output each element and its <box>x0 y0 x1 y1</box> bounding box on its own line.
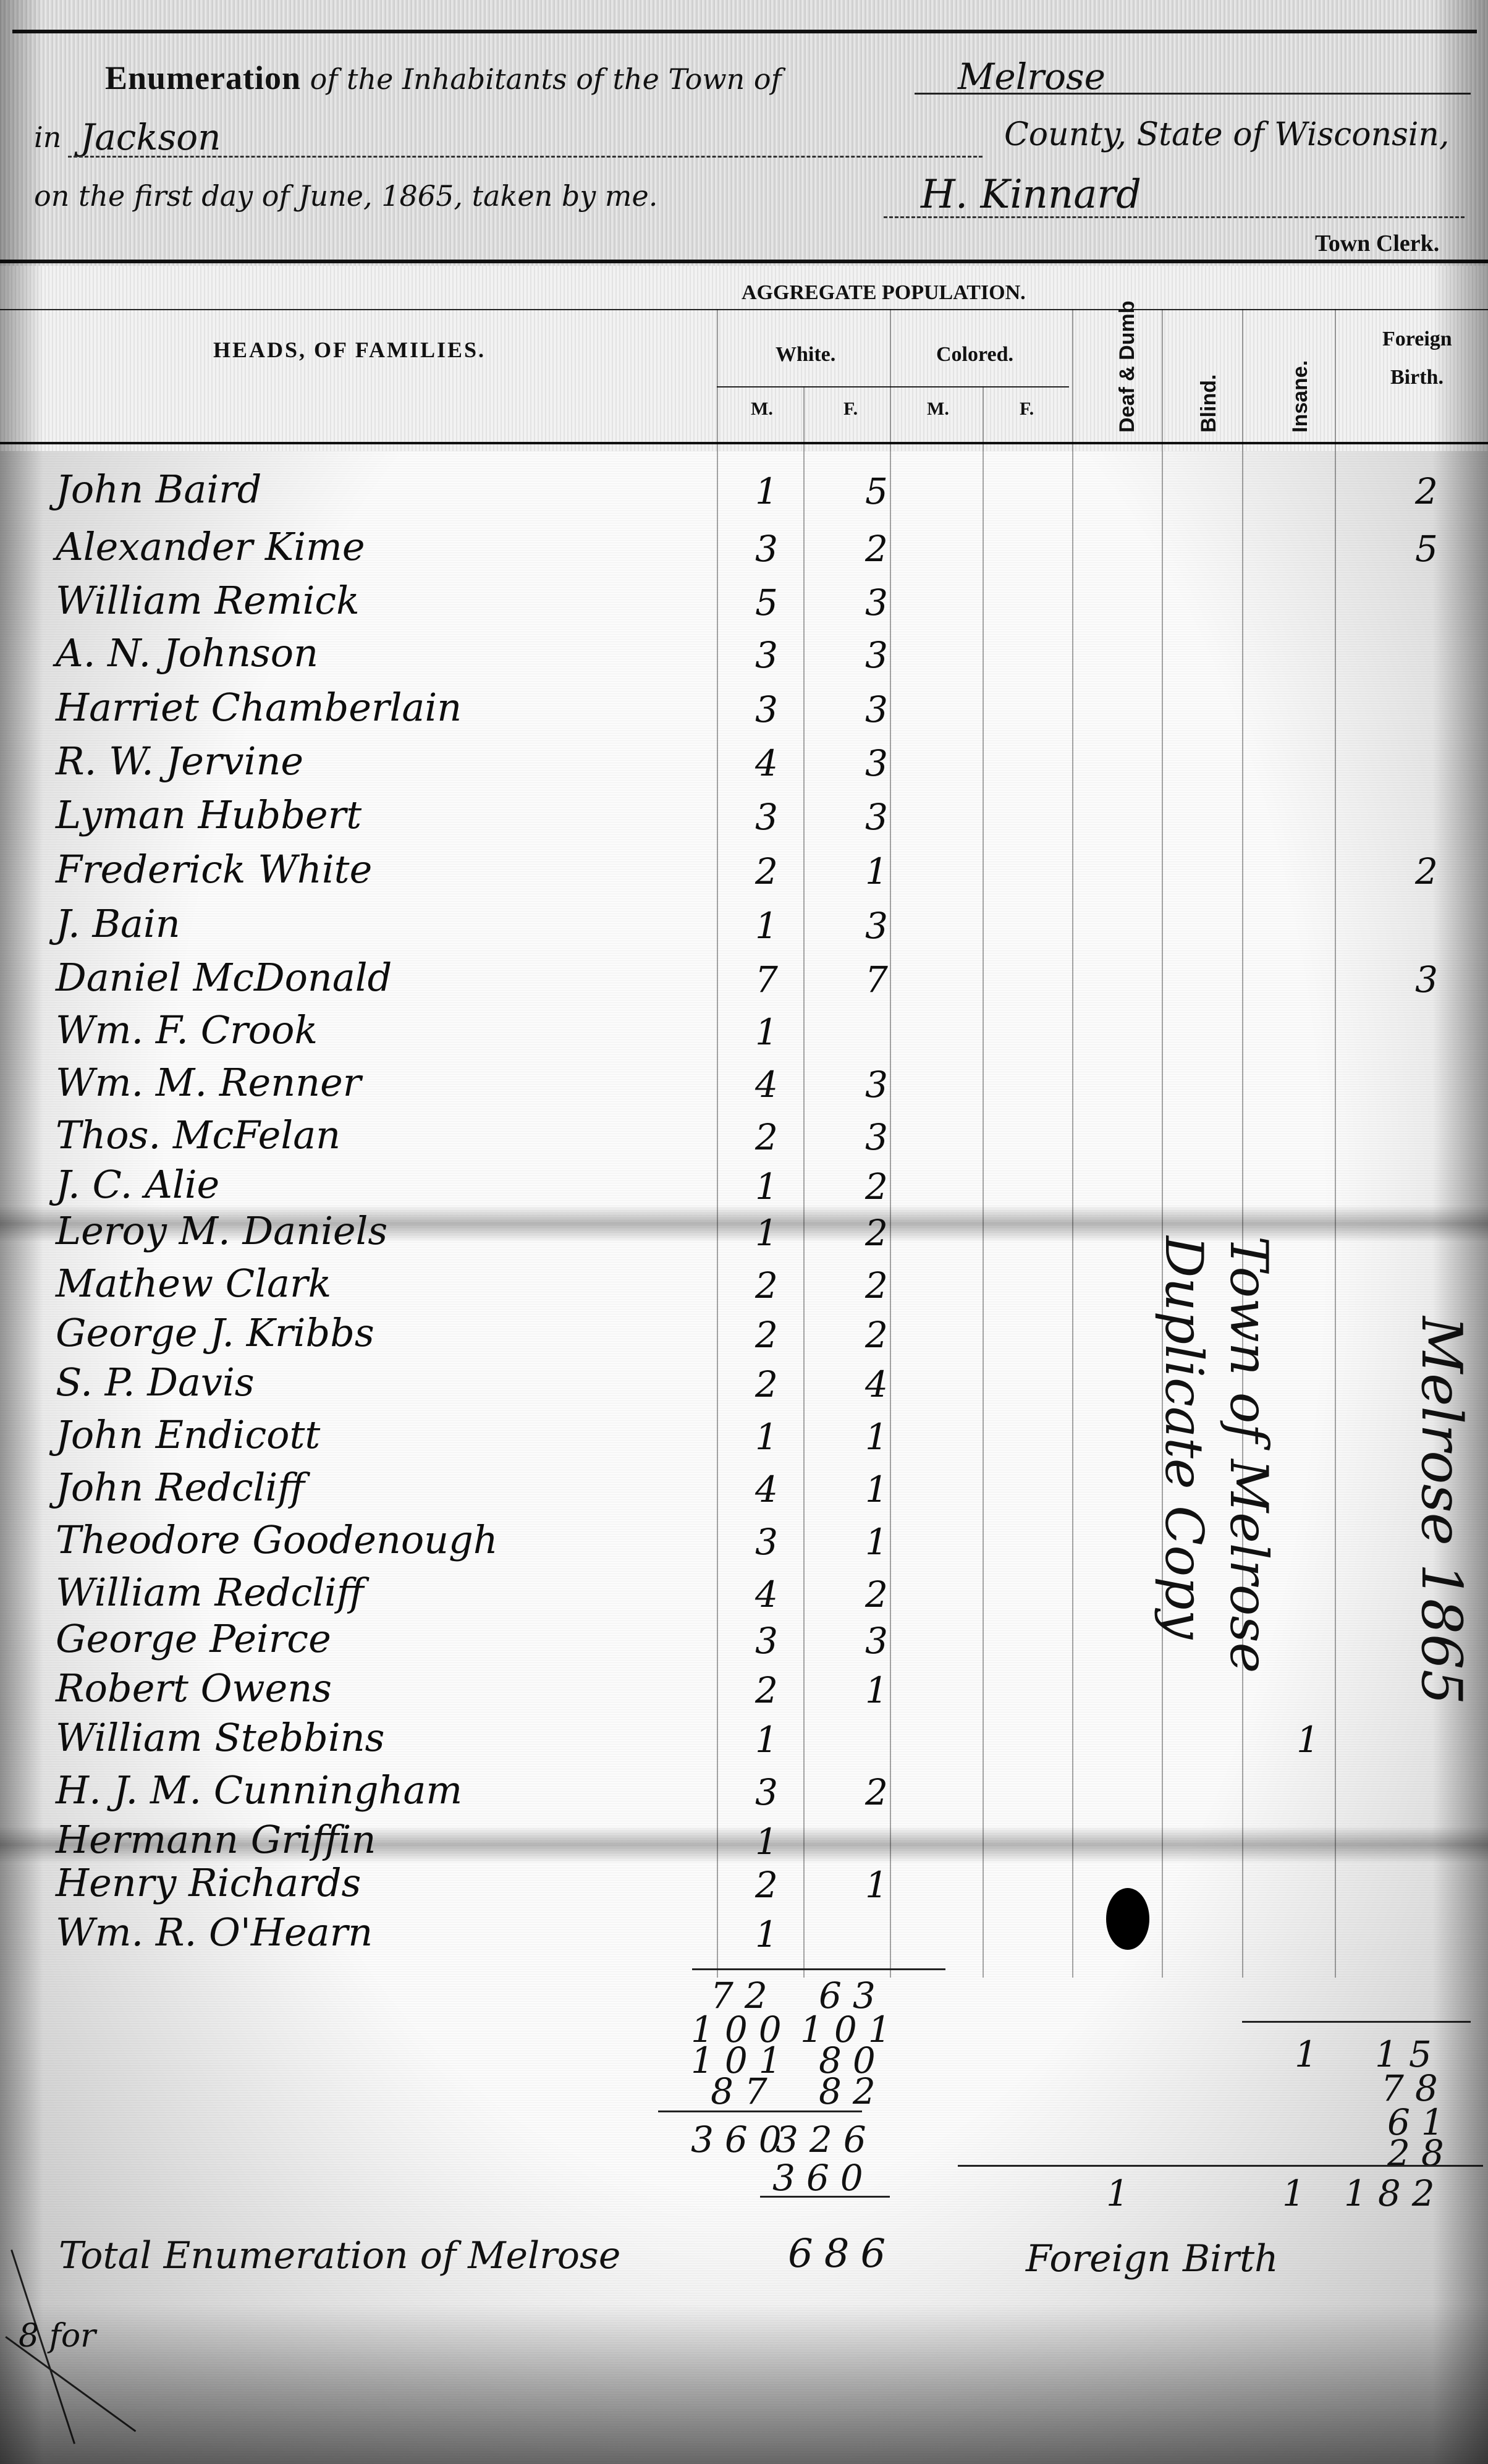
subtotal-m: 87 <box>711 2070 779 2112</box>
table-row: John Baird152 <box>0 467 1488 516</box>
head-of-family: George Peirce <box>56 1616 331 1661</box>
head-of-family: Thos. McFelan <box>56 1112 340 1158</box>
subtotal-f: 82 <box>819 2070 887 2112</box>
date-line: on the first day of June, 1865, taken by… <box>34 179 657 213</box>
white-female-count: 1 <box>865 1864 888 1906</box>
white-male-count: 2 <box>755 1116 778 1158</box>
white-female-count: 2 <box>865 1314 888 1356</box>
white-female-count: 3 <box>865 582 888 624</box>
tally-rule <box>760 2196 890 2198</box>
table-row: William Remick53 <box>0 578 1488 627</box>
white-male-count: 2 <box>755 1314 778 1356</box>
white-female-count: 3 <box>865 634 888 676</box>
deaf-dumb-heading: Deaf & Dumb <box>1115 301 1139 433</box>
colored-m-heading: M. <box>927 399 949 420</box>
head-of-family: Daniel McDonald <box>56 955 392 1000</box>
county-suffix: County, State of Wisconsin, <box>1004 116 1449 153</box>
table-row: Wm. F. Crook1 <box>0 1007 1488 1057</box>
town-underline <box>915 93 1471 95</box>
table-row: H. J. M. Cunningham32 <box>0 1768 1488 1817</box>
colored-heading: Colored. <box>936 343 1013 366</box>
foreign-birth-label: Foreign Birth <box>1026 2237 1279 2280</box>
white-female-count: 2 <box>865 1212 888 1254</box>
white-female-count: 3 <box>865 1116 888 1158</box>
head-of-family: Wm. F. Crook <box>56 1007 318 1052</box>
white-female-count: 1 <box>865 1416 888 1458</box>
white-female-count: 1 <box>865 850 888 892</box>
white-female-count: 2 <box>865 1573 888 1615</box>
white-female-count: 3 <box>865 1064 888 1106</box>
county-name: Jackson <box>80 116 221 158</box>
white-male-count: 2 <box>755 1264 778 1306</box>
head-of-family: William Remick <box>56 578 360 623</box>
head-of-family: R. W. Jervine <box>56 739 303 784</box>
white-male-count: 1 <box>755 1913 778 1955</box>
white-heading: White. <box>776 343 835 366</box>
colored-f-heading: F. <box>1020 399 1034 420</box>
white-male-count: 1 <box>755 1719 778 1761</box>
top-border <box>12 30 1477 33</box>
title-line: Enumeration of the Inhabitants of the To… <box>105 59 782 97</box>
white-female-count: 3 <box>865 796 888 838</box>
white-male-count: 4 <box>755 1468 778 1510</box>
table-row: Thos. McFelan23 <box>0 1112 1488 1162</box>
table-row: Daniel McDonald773 <box>0 955 1488 1004</box>
margin-note-duplicate: Duplicate Copy <box>1154 1236 1214 1639</box>
scan-edge-right <box>1432 0 1488 2464</box>
scan-edge-left <box>0 0 43 2464</box>
table-row: William Stebbins11 <box>0 1715 1488 1764</box>
aggregate-population-heading: AGGREGATE POPULATION. <box>742 281 1026 305</box>
margin-note-town: Town of Melrose <box>1219 1236 1279 1673</box>
white-male-count: 2 <box>755 1864 778 1906</box>
blind-heading: Blind. <box>1197 375 1221 433</box>
table-row: Harriet Chamberlain33 <box>0 685 1488 734</box>
insane-total: 1 <box>1282 2172 1316 2214</box>
ink-blot <box>1106 1888 1149 1950</box>
signature-underline <box>884 216 1465 218</box>
white-female-count: 4 <box>865 1363 888 1405</box>
white-female-count: 2 <box>865 1771 888 1813</box>
white-male-count: 4 <box>755 742 778 784</box>
white-male-count: 3 <box>755 1620 778 1662</box>
white-female-count: 3 <box>865 1620 888 1662</box>
heads-of-families-heading: HEADS, OF FAMILIES. <box>213 337 486 363</box>
head-of-family: Leroy M. Daniels <box>56 1208 387 1253</box>
white-male-count: 1 <box>755 1416 778 1458</box>
aggregate-divider <box>0 309 1488 310</box>
head-of-family: Harriet Chamberlain <box>56 685 462 730</box>
head-of-family: Theodore Goodenough <box>56 1517 498 1562</box>
sex-divider <box>717 386 1069 387</box>
white-male-count: 3 <box>755 1521 778 1563</box>
head-of-family: Mathew Clark <box>56 1261 331 1306</box>
deaf-total: 1 <box>1106 2172 1140 2214</box>
head-of-family: Alexander Kime <box>56 524 365 569</box>
white-female-count: 3 <box>865 905 888 947</box>
total-enumeration-label: Total Enumeration of Melrose <box>59 2234 620 2277</box>
white-male-count: 1 <box>755 1821 778 1863</box>
head-of-family: Lyman Hubbert <box>56 792 361 837</box>
title-rest: of the Inhabitants of the Town of <box>310 62 782 96</box>
table-row: Wm. M. Renner43 <box>0 1060 1488 1109</box>
white-male-count: 3 <box>755 1771 778 1813</box>
table-row: Hermann Griffin1 <box>0 1817 1488 1866</box>
tally-rule <box>692 1968 945 1970</box>
header-divider <box>0 260 1488 263</box>
head-of-family: S. P. Davis <box>56 1360 255 1405</box>
head-of-family: John Endicott <box>56 1412 320 1457</box>
foreign-total: 182 <box>1344 2172 1446 2214</box>
town-clerk-label: Town Clerk. <box>1315 230 1439 257</box>
white-male-count: 2 <box>755 1669 778 1711</box>
head-of-family: Wm. M. Renner <box>56 1060 361 1105</box>
head-of-family: Frederick White <box>56 847 372 892</box>
white-female-count: 2 <box>865 528 888 570</box>
clerk-signature: H. Kinnard <box>921 172 1141 218</box>
table-row: J. Bain13 <box>0 901 1488 950</box>
insane-count: 1 <box>1296 1719 1319 1761</box>
county-underline <box>68 156 983 158</box>
white-f-heading: F. <box>843 399 858 420</box>
white-male-count: 1 <box>755 905 778 947</box>
head-of-family: A. N. Johnson <box>56 630 318 675</box>
insane-subtotal: 1 <box>1295 2033 1329 2075</box>
white-male-count: 4 <box>755 1573 778 1615</box>
white-male-count: 3 <box>755 528 778 570</box>
head-of-family: J. C. Alie <box>56 1162 219 1207</box>
white-male-count: 1 <box>755 1166 778 1208</box>
head-of-family: John Baird <box>56 467 261 512</box>
table-row: Lyman Hubbert33 <box>0 792 1488 842</box>
tally-rule <box>658 2110 862 2112</box>
head-of-family: J. Bain <box>56 901 180 946</box>
table-row: R. W. Jervine43 <box>0 739 1488 788</box>
title-prefix: Enumeration <box>105 59 301 96</box>
white-female-count: 1 <box>865 1521 888 1563</box>
table-row: A. N. Johnson33 <box>0 630 1488 680</box>
white-female-count: 1 <box>865 1468 888 1510</box>
head-of-family: William Stebbins <box>56 1715 384 1760</box>
white-female-count: 1 <box>865 1669 888 1711</box>
white-female-count: 3 <box>865 688 888 730</box>
white-male-count: 3 <box>755 634 778 676</box>
carried-m: 360 <box>772 2157 874 2199</box>
head-of-family: Henry Richards <box>56 1860 361 1905</box>
table-row: J. C. Alie12 <box>0 1162 1488 1211</box>
white-male-count: 1 <box>755 1212 778 1254</box>
white-male-count: 2 <box>755 850 778 892</box>
head-of-family: William Redcliff <box>56 1570 364 1615</box>
table-row: Wm. R. O'Hearn1 <box>0 1910 1488 1959</box>
grand-total: 686 <box>788 2231 897 2277</box>
white-male-count: 3 <box>755 796 778 838</box>
head-of-family: Robert Owens <box>56 1666 332 1711</box>
table-row: Frederick White212 <box>0 847 1488 896</box>
white-male-count: 2 <box>755 1363 778 1405</box>
table-row: Henry Richards21 <box>0 1860 1488 1910</box>
white-male-count: 4 <box>755 1064 778 1106</box>
town-name: Melrose <box>958 56 1105 98</box>
table-row: Alexander Kime325 <box>0 524 1488 574</box>
white-female-count: 2 <box>865 1264 888 1306</box>
scan-edge-bottom <box>0 2303 1488 2464</box>
white-male-count: 1 <box>755 1011 778 1053</box>
head-of-family: Hermann Griffin <box>56 1817 376 1862</box>
white-female-count: 5 <box>865 470 888 512</box>
white-female-count: 3 <box>865 742 888 784</box>
head-of-family: Wm. R. O'Hearn <box>56 1910 373 1955</box>
head-of-family: H. J. M. Cunningham <box>56 1768 462 1813</box>
white-female-count: 7 <box>865 959 888 1001</box>
white-female-count: 2 <box>865 1166 888 1208</box>
head-of-family: George J. Kribbs <box>56 1310 374 1355</box>
head-of-family: John Redcliff <box>56 1465 305 1510</box>
census-page: Enumeration of the Inhabitants of the To… <box>0 0 1488 2464</box>
tally-rule <box>958 2165 1483 2167</box>
white-m-heading: M. <box>751 399 773 420</box>
white-male-count: 3 <box>755 688 778 730</box>
insane-heading: Insane. <box>1288 360 1313 433</box>
white-male-count: 5 <box>755 582 778 624</box>
white-male-count: 7 <box>755 959 778 1001</box>
total-f: 326 <box>776 2119 877 2161</box>
white-male-count: 1 <box>755 470 778 512</box>
column-header-bottom <box>0 442 1488 444</box>
